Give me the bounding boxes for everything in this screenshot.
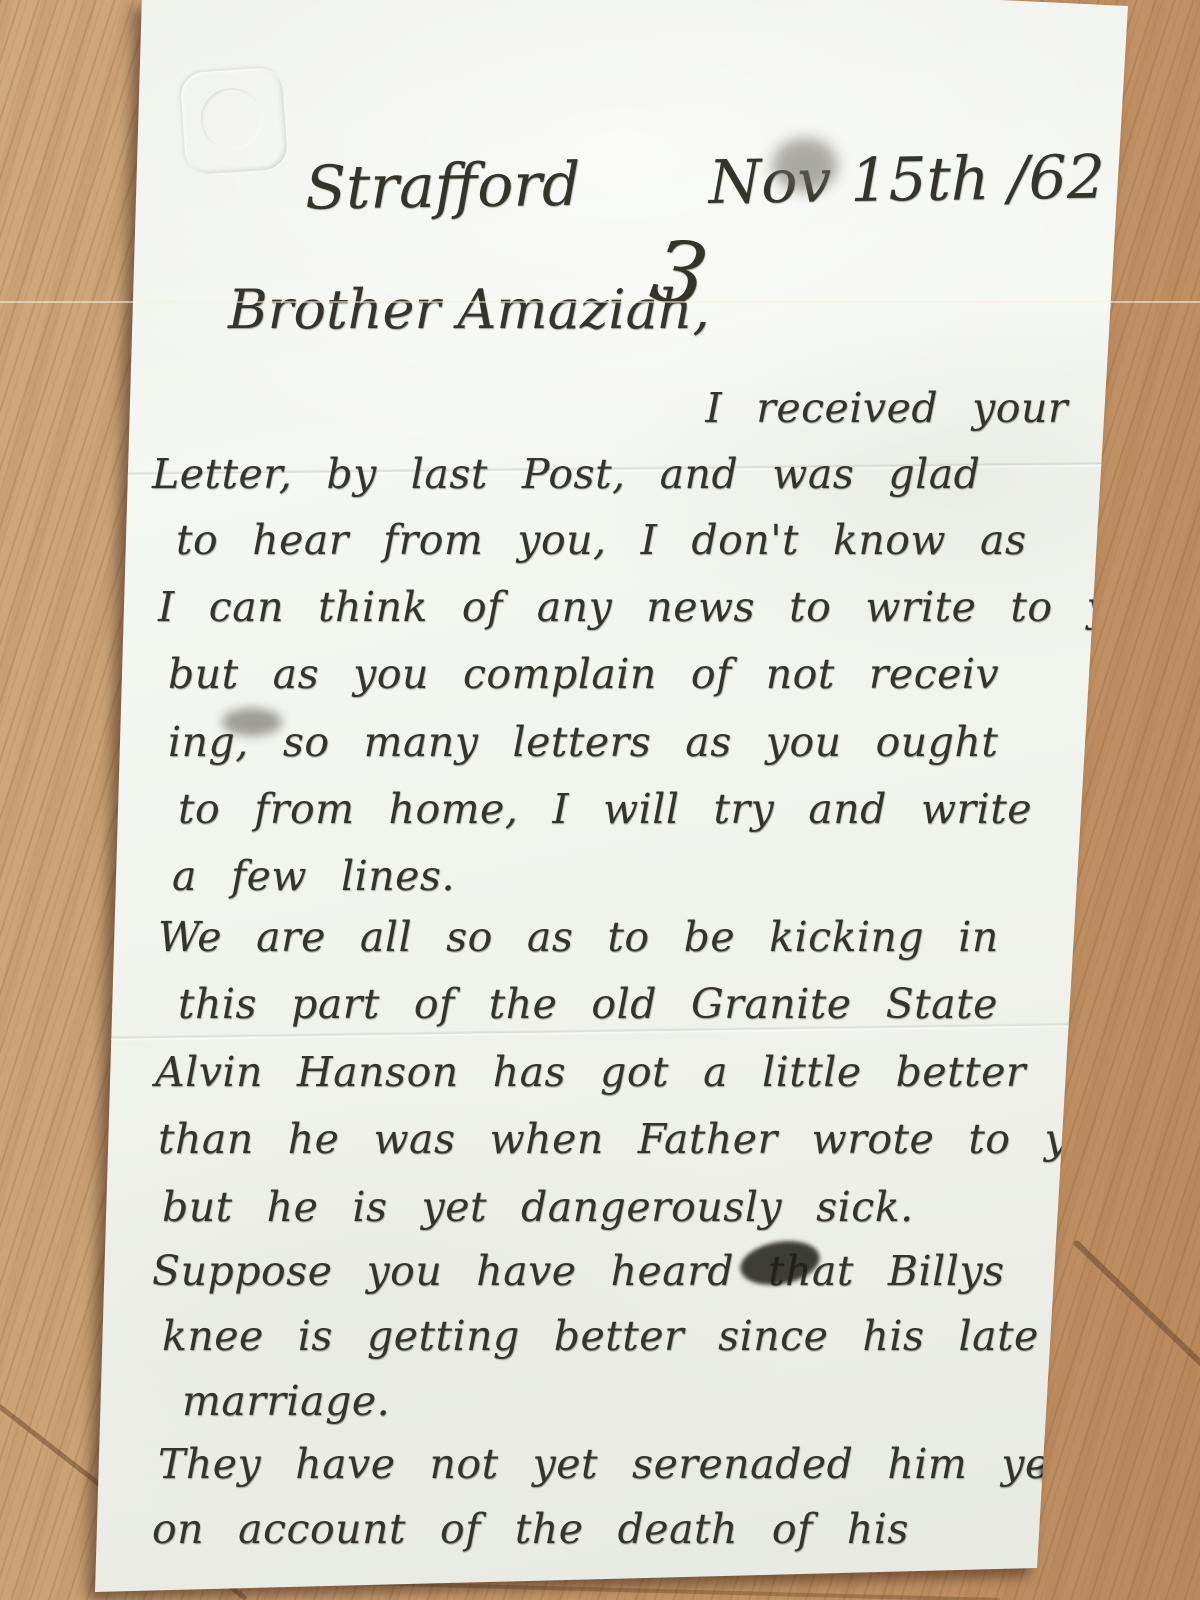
letter-heading: Strafford Nov 15th /62 [305, 142, 1106, 223]
letter-line: to hear from you, I don't know as [176, 516, 1027, 564]
letter-line: to from home, I will try and write [178, 785, 1032, 833]
letter-line: I received your [706, 384, 1069, 432]
letter-line: on account of the death of his [152, 1505, 909, 1553]
letter-place: Strafford [305, 150, 581, 224]
embossed-seal [180, 67, 289, 176]
letter-line: I can think of any news to write to you [158, 583, 1162, 631]
letter-salutation: Brother Amaziah, [228, 278, 710, 341]
letter-line: but as you complain of not receiv [168, 650, 999, 698]
letter-line: ing, so many letters as you ought [168, 718, 998, 766]
letter-line: Suppose you have heard that Billys [152, 1247, 1005, 1295]
ink-smudge [772, 138, 838, 192]
letter-date: Nov 15th /62 [708, 142, 1105, 218]
embossed-seal-inner [199, 86, 265, 152]
letter-line: than he was when Father wrote to you, [158, 1115, 1134, 1163]
paper-shadow-wrap: Strafford Nov 15th /62 3 Brother Amaziah… [0, 0, 1200, 1600]
letter-line: Letter, by last Post, and was glad [152, 450, 980, 498]
ink-smudge [222, 708, 282, 736]
letter-line: Alvin Hanson has got a little better [155, 1048, 1026, 1096]
letter-line: marriage. [182, 1377, 390, 1425]
letter-paper: Strafford Nov 15th /62 3 Brother Amaziah… [0, 0, 1200, 1600]
letter-line: knee is getting better since his late [162, 1312, 1039, 1360]
ink-blot [1038, 1441, 1140, 1495]
photo-scratch-line [0, 301, 1200, 303]
letter-photo: { "letter": { "heading": { "place": "Str… [0, 0, 1200, 1600]
letter-line: a few lines. [172, 852, 455, 900]
letter-line: but he is yet dangerously sick. [162, 1183, 914, 1231]
letter-line: They have not yet serenaded him yet, [158, 1440, 1080, 1488]
letter-line: this part of the old Granite State [178, 980, 998, 1028]
letter-line: We are all so as to be kicking in [158, 913, 999, 961]
